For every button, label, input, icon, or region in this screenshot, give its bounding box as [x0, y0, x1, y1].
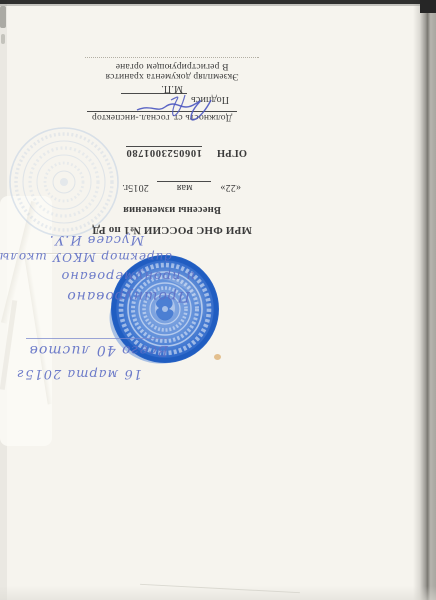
ogrn-value: 1060523001780	[126, 146, 202, 158]
date-day: «22»	[220, 182, 241, 193]
handwriting-numbered-line: и пронумеровано	[20, 268, 195, 283]
handwriting-date-line: 16 марта 2015г	[12, 366, 142, 381]
handwriting-total-line: Всего 40 листов	[26, 342, 168, 358]
handwriting-director-line: директор МКОУ школы	[12, 250, 172, 264]
seal-place-abbr: М.П.	[83, 83, 261, 94]
date-year: 2015г.	[122, 182, 149, 193]
scan-smudge	[1, 34, 5, 44]
ogrn-line: ОГРН 1060523001780	[83, 147, 261, 158]
copy-note-line1: Экземпляр документа хранится	[83, 71, 261, 81]
changes-line: Внесены изменения	[83, 204, 261, 215]
scanner-corner-top-right	[420, 0, 436, 13]
copy-note-line2: В регистрирующем органе	[83, 61, 261, 71]
handwriting-underline	[26, 338, 168, 339]
scanner-edge-top-shadow	[0, 4, 436, 6]
authority-line: МРИ ФНС РОССИИ №1 по РД	[83, 224, 261, 236]
date-line: «22» мая 2015г.	[83, 181, 261, 193]
scanner-edge-right	[413, 0, 436, 600]
dotted-rule	[85, 57, 259, 58]
date-month: мая	[157, 181, 211, 193]
ogrn-label: ОГРН	[217, 147, 247, 158]
scan-smudge	[0, 6, 6, 28]
printed-registration-block: МРИ ФНС РОССИИ №1 по РД Внесены изменени…	[83, 52, 261, 236]
handwriting-laced-line: Прошнуровано	[28, 288, 190, 304]
signature-scribble-icon	[133, 90, 215, 128]
